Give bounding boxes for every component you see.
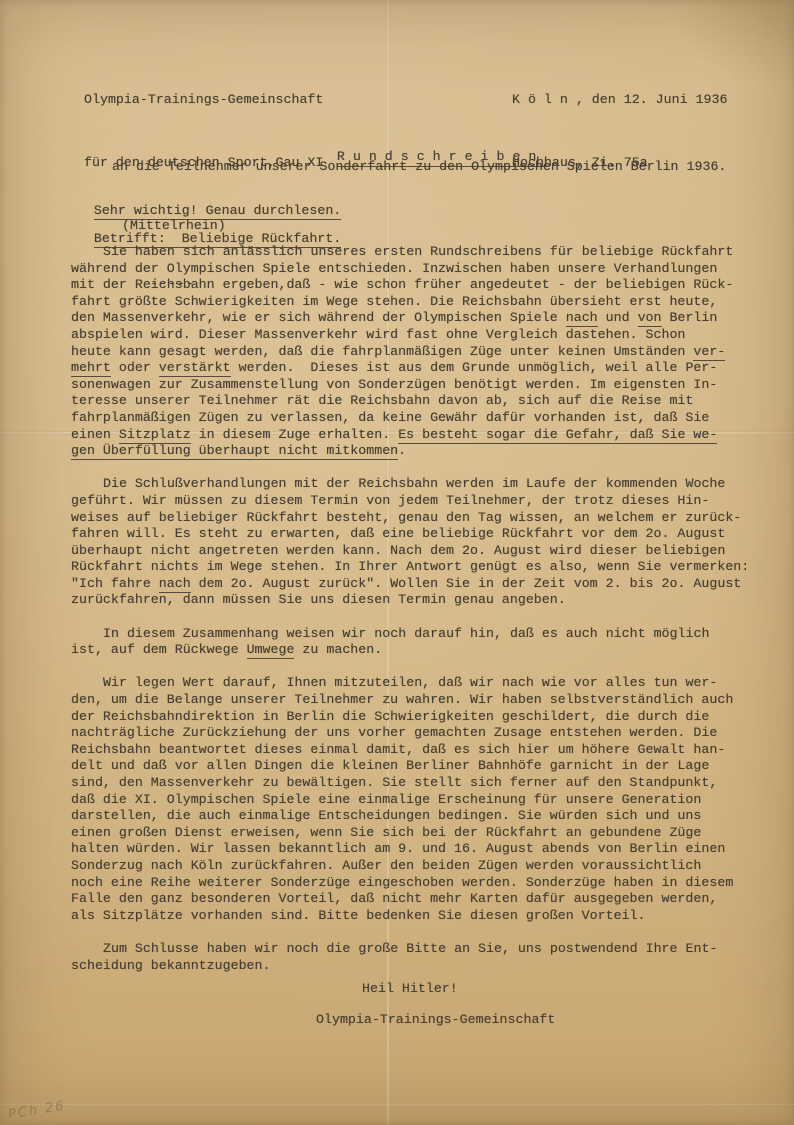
text-line: der Reichsbahndirektion in Berlin die Sc… [71, 709, 771, 726]
bottom-fold-crease [0, 1103, 794, 1106]
text-line: Sie haben sich anlässlich unseres ersten… [71, 244, 771, 261]
text-line: gen Überfüllung überhaupt nicht mitkomme… [71, 443, 771, 460]
text-line: fahrplanmäßigen Zügen zu verlassen, da k… [71, 410, 771, 427]
text-line: geführt. Wir müssen zu diesem Termin von… [71, 493, 771, 510]
text-line: einen großen Dienst erweisen, wenn Sie s… [71, 825, 771, 842]
paragraph: Sie haben sich anlässlich unseres ersten… [71, 244, 771, 460]
text-line: als Sitzplätze vorhanden sind. Bitte bed… [71, 908, 771, 925]
text-line: abspielen wird. Dieser Massenverkehr wir… [71, 327, 771, 344]
text-line: halten würden. Wir lassen bekanntlich am… [71, 841, 771, 858]
text-line: Wir legen Wert darauf, Ihnen mitzuteilen… [71, 675, 771, 692]
text-line: nachträgliche Zurückziehung der uns vorh… [71, 725, 771, 742]
paragraph: Die Schlußverhandlungen mit der Reichsba… [71, 476, 771, 609]
text-line: noch eine Reihe weiterer Sonderzüge eing… [71, 875, 771, 892]
paragraph: Zum Schlusse haben wir noch die große Bi… [71, 941, 771, 974]
place-date-line: K ö l n , den 12. Juni 1936 [512, 89, 727, 110]
text-line: zurückfahren, dann müssen Sie uns diesen… [71, 592, 771, 609]
text-line: delt und daß vor allen Dingen die kleine… [71, 758, 771, 775]
text-line: Rückfahrt nichts im Wege stehen. In Ihre… [71, 559, 771, 576]
date-block: K ö l n , den 12. Juni 1936 Hochhaus, Zi… [512, 47, 727, 215]
text-line: In diesem Zusammenhang weisen wir noch d… [71, 626, 771, 643]
text-line: fahren will. Es steht zu erwarten, daß e… [71, 526, 771, 543]
org-name-line: Olympia-Trainings-Gemeinschaft [84, 89, 323, 110]
text-line: scheidung bekanntzugeben. [71, 958, 771, 975]
text-line: daß die XI. Olympischen Spiele eine einm… [71, 792, 771, 809]
text-line: "Ich fahre nach dem 2o. August zurück". … [71, 576, 771, 593]
text-line: während der Olympischen Spiele entschied… [71, 261, 771, 278]
paragraph: In diesem Zusammenhang weisen wir noch d… [71, 626, 771, 659]
closing-signature: Olympia-Trainings-Gemeinschaft [316, 1012, 555, 1027]
text-line: heute kann gesagt werden, daß die fahrpl… [71, 344, 771, 361]
document-page: Olympia-Trainings-Gemeinschaft für den d… [0, 0, 794, 1125]
text-line: mehrt oder verstärkt werden. Dieses ist … [71, 360, 771, 377]
paragraph: Wir legen Wert darauf, Ihnen mitzuteilen… [71, 675, 771, 924]
text-line: Reichsbahn beantwortet dieses einmal dam… [71, 742, 771, 759]
text-line: mit der Reichsbahn ergeben,daß - wie sch… [71, 277, 771, 294]
text-line: teresse unserer Teilnehmer rät die Reich… [71, 393, 771, 410]
closing-salute: Heil Hitler! [362, 981, 458, 996]
letter-subtitle: an die Teilnehmer unserer Sonderfahrt zu… [112, 159, 726, 174]
text-line: den Massenverkehr, wie er sich während d… [71, 310, 771, 327]
text-line: darstellen, die auch einmalige Entscheid… [71, 808, 771, 825]
text-line: fahrt größte Schwierigkeiten im Wege ste… [71, 294, 771, 311]
text-line: Sonderzug nach Köln zurückfahren. Außer … [71, 858, 771, 875]
text-line: ist, auf dem Rückwege Umwege zu machen. [71, 642, 771, 659]
text-line: einen Sitzplatz in diesem Zuge erhalten.… [71, 427, 771, 444]
text-line: den, um die Belange unserer Teilnehmer z… [71, 692, 771, 709]
text-line: sind, den Massenverkehr zu bewältigen. S… [71, 775, 771, 792]
text-line: Falle den ganz besonderen Vorteil, daß n… [71, 891, 771, 908]
letter-body: Sie haben sich anlässlich unseres ersten… [71, 244, 771, 991]
text-line: Zum Schlusse haben wir noch die große Bi… [71, 941, 771, 958]
text-line: Die Schlußverhandlungen mit der Reichsba… [71, 476, 771, 493]
text-line: sonenwagen zur Zusammenstellung von Sond… [71, 377, 771, 394]
text-line: überhaupt nicht angetreten werden kann. … [71, 543, 771, 560]
text-line: weises auf beliebiger Rückfahrt besteht,… [71, 510, 771, 527]
